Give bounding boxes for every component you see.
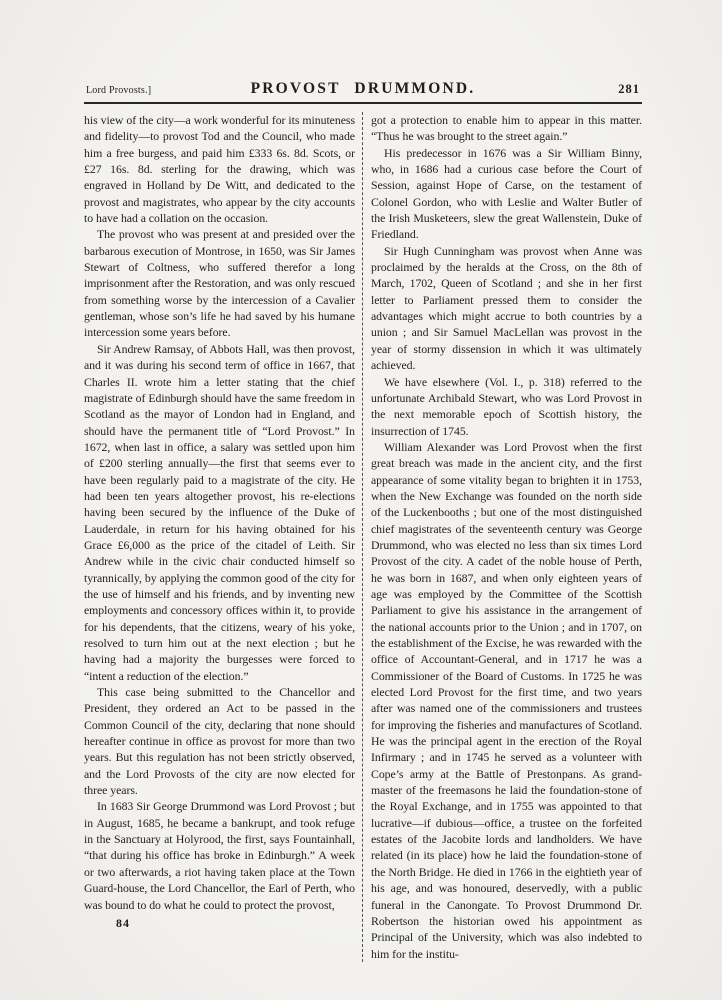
scanned-book-page: Lord Provosts.] PROVOST DRUMMOND. 281 hi…: [0, 0, 722, 1000]
page-number: 281: [510, 82, 640, 97]
right-column-paragraphs: got a protection to enable him to appear…: [371, 112, 642, 962]
two-column-text: his view of the city—a work wonderful fo…: [84, 112, 642, 962]
paragraph: In 1683 Sir George Drummond was Lord Pro…: [84, 798, 355, 912]
left-column: his view of the city—a work wonderful fo…: [84, 112, 355, 962]
paragraph: his view of the city—a work wonderful fo…: [84, 112, 355, 226]
column-divider-rule: [362, 112, 363, 962]
paragraph: His predecessor in 1676 was a Sir Willia…: [371, 145, 642, 243]
header-rule: [84, 102, 642, 104]
paragraph: The provost who was present at and presi…: [84, 226, 355, 340]
right-column: got a protection to enable him to appear…: [371, 112, 642, 962]
page-title: PROVOST DRUMMOND.: [216, 80, 510, 98]
paragraph: got a protection to enable him to appear…: [371, 112, 642, 145]
paragraph: Sir Hugh Cunningham was provost when Ann…: [371, 243, 642, 374]
running-head-left-note: Lord Provosts.]: [86, 85, 216, 96]
paragraph: Sir Andrew Ramsay, of Abbots Hall, was t…: [84, 341, 355, 684]
signature-mark: 84: [116, 916, 355, 931]
left-column-paragraphs: his view of the city—a work wonderful fo…: [84, 112, 355, 913]
paragraph: This case being submitted to the Chancel…: [84, 684, 355, 798]
paragraph: We have elsewhere (Vol. I., p. 318) refe…: [371, 374, 642, 439]
paragraph: William Alexander was Lord Provost when …: [371, 439, 642, 962]
running-head: Lord Provosts.] PROVOST DRUMMOND. 281: [84, 80, 642, 98]
text-block: Lord Provosts.] PROVOST DRUMMOND. 281 hi…: [84, 80, 642, 962]
